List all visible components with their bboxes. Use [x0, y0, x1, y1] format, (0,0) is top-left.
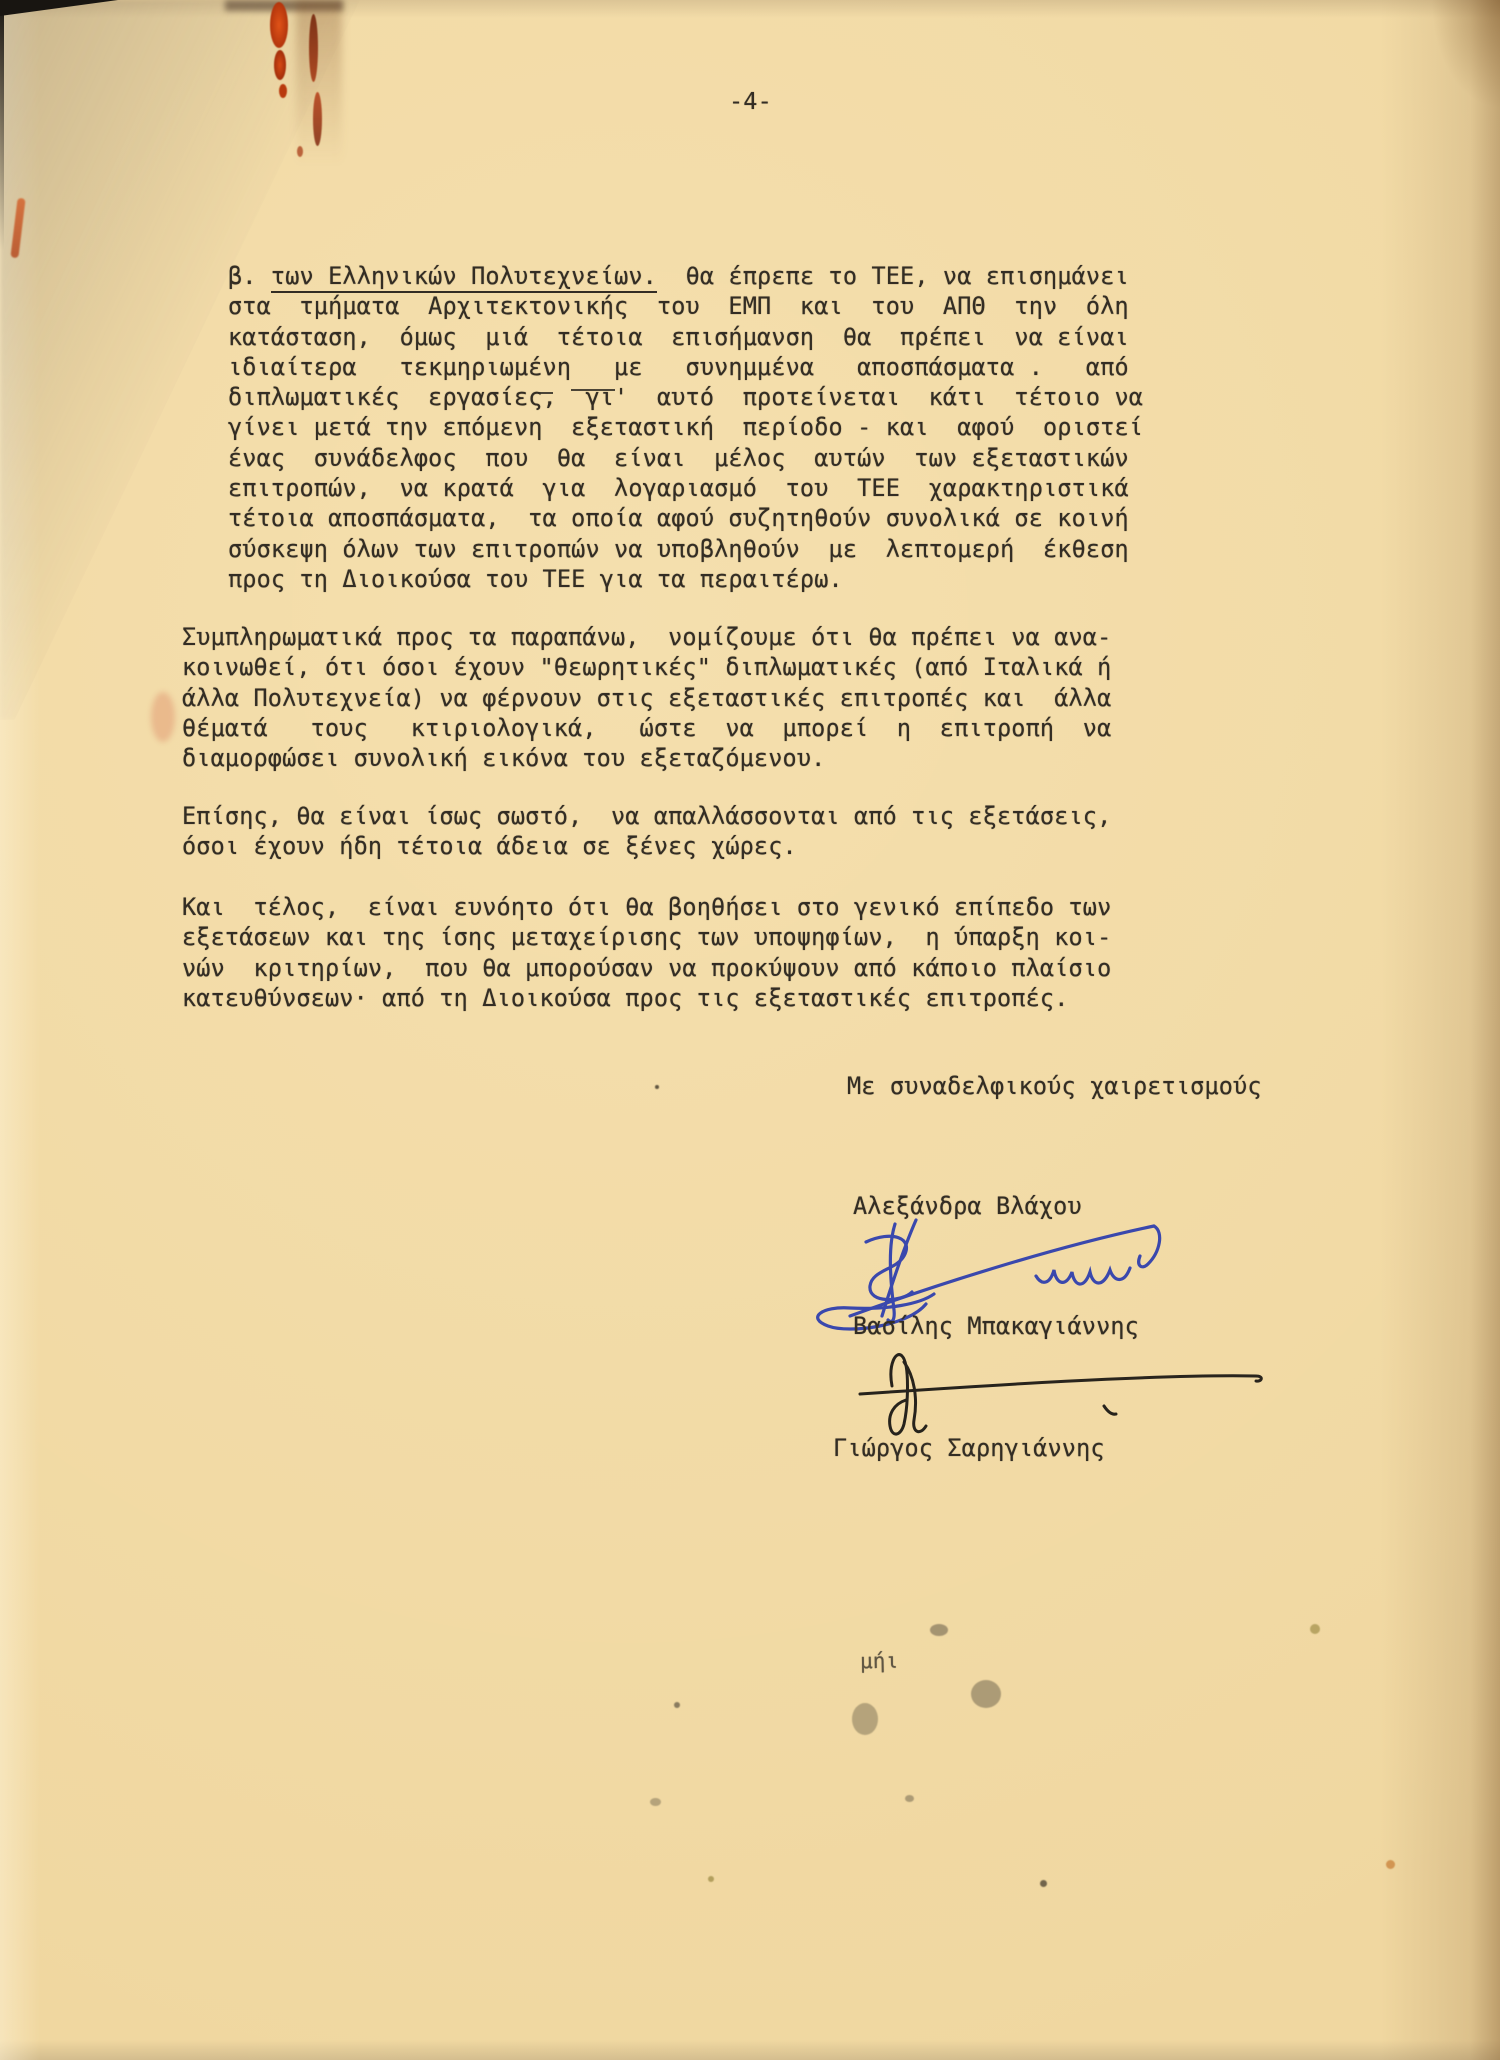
paragraph-1-line-text: θα έπρεπε το ΤΕΕ, να επισημάνει	[657, 262, 1129, 290]
paragraph-2: Συμπληρωματικά προς τα παραπάνω, νομίζου…	[182, 622, 1111, 773]
paper-speck	[655, 1085, 659, 1089]
paragraph-3: Επίσης, θα είναι ίσως σωστό, να απαλλάσσ…	[182, 801, 1111, 862]
paper-speck	[708, 1876, 714, 1882]
paragraph-1-line: κατάσταση, όμως μιά τέτοια επισήμανση θα…	[228, 322, 1143, 352]
red-ink-stain	[313, 92, 322, 146]
top-right-edge-shade	[1405, 0, 1500, 150]
paper-speck	[852, 1703, 878, 1735]
paragraph-1-line: διπλωματικές εργασίες, γι' αυτό προτείνε…	[228, 382, 1143, 412]
red-ink-stain	[274, 50, 286, 80]
signatory-name: Βασίλης Μπακαγιάννης	[853, 1311, 1139, 1341]
paragraph-1-line: τέτοια αποσπάσματα, τα οποία αφού συζητη…	[228, 503, 1143, 533]
paragraph-1-line: προς τη Διοικούσα του ΤΕΕ για τα περαιτέ…	[228, 564, 1143, 594]
red-ink-stain	[270, 2, 288, 48]
red-ink-stain	[309, 14, 318, 82]
paper-speck	[674, 1702, 680, 1708]
typewriter-correction-mark	[571, 389, 615, 391]
closing-salutation: Με συναδελφικούς χαιρετισμούς	[847, 1071, 1262, 1101]
paragraph-1-line: β. των Ελληνικών Πολυτεχνείων. θα έπρεπε…	[228, 261, 1143, 291]
paper-speck	[1310, 1624, 1320, 1634]
paragraph-4: Και τέλος, είναι ευνόητο ότι θα βοηθήσει…	[182, 892, 1111, 1013]
paragraph-4-line: εξετάσεων και της ίσης μεταχείρισης των …	[182, 922, 1111, 952]
paper-speck	[1386, 1860, 1395, 1869]
page-number: -4-	[729, 86, 772, 116]
paragraph-4-line: νών κριτηρίων, που θα μπορούσαν να προκύ…	[182, 953, 1111, 983]
paragraph-1-line: γίνει μετά την επόμενη εξεταστική περίοδ…	[228, 412, 1143, 442]
paragraph-1-line: επιτροπών, να κρατά για λογαριασμό του Τ…	[228, 473, 1143, 503]
paper-speck	[650, 1798, 661, 1806]
paragraph-3-line: Επίσης, θα είναι ίσως σωστό, να απαλλάσσ…	[182, 801, 1111, 831]
underlined-heading: των Ελληνικών Πολυτεχνείων.	[271, 262, 657, 293]
red-ink-stain	[297, 146, 303, 157]
pink-smudge	[151, 692, 175, 742]
paragraph-1-line: ένας συνάδελφος που θα είναι μέλος αυτών…	[228, 443, 1143, 473]
paragraph-2-line: άλλα Πολυτεχνεία) να φέρνουν στις εξετασ…	[182, 683, 1111, 713]
paragraph-1: β. των Ελληνικών Πολυτεχνείων. θα έπρεπε…	[228, 261, 1143, 594]
paper-speck	[905, 1795, 914, 1802]
ink-offset-mark: μήι	[860, 1646, 899, 1677]
paper-speck	[930, 1624, 948, 1636]
paper-speck	[971, 1680, 1001, 1708]
typewriter-correction-mark	[538, 392, 553, 394]
paragraph-2-line: Συμπληρωματικά προς τα παραπάνω, νομίζου…	[182, 622, 1111, 652]
scanned-letter-page: -4- β. των Ελληνικών Πολυτεχνείων. θα έπ…	[0, 0, 1500, 2060]
paragraph-2-line: κοινωθεί, ότι όσοι έχουν "θεωρητικές" δι…	[182, 652, 1111, 682]
paragraph-1-line: σύσκεψη όλων των επιτροπών να υποβληθούν…	[228, 534, 1143, 564]
paragraph-2-line: διαμορφώσει συνολική εικόνα του εξεταζόμ…	[182, 743, 1111, 773]
paper-speck	[1040, 1880, 1047, 1887]
signatory-name: Γιώργος Σαρηγιάννης	[833, 1433, 1105, 1463]
signature-sarigiannis	[858, 1346, 1278, 1446]
red-ink-stain	[279, 84, 287, 98]
paragraph-2-line: θέματά τους κτιριολογικά, ώστε να μπορεί…	[182, 713, 1111, 743]
paragraph-4-line: κατευθύνσεων· από τη Διοικούσα προς τις …	[182, 983, 1111, 1013]
paragraph-4-line: Και τέλος, είναι ευνόητο ότι θα βοηθήσει…	[182, 892, 1111, 922]
page-edge-shadow	[0, 0, 4, 250]
list-marker: β.	[228, 262, 271, 290]
paragraph-1-line: στα τμήματα Αρχιτεκτονικής του ΕΜΠ και τ…	[228, 291, 1143, 321]
paragraph-1-line: ιδιαίτερα τεκμηριωμένη με συνημμένα αποσ…	[228, 352, 1143, 382]
paragraph-3-line: όσοι έχουν ήδη τέτοια άδεια σε ξένες χώρ…	[182, 831, 1111, 861]
